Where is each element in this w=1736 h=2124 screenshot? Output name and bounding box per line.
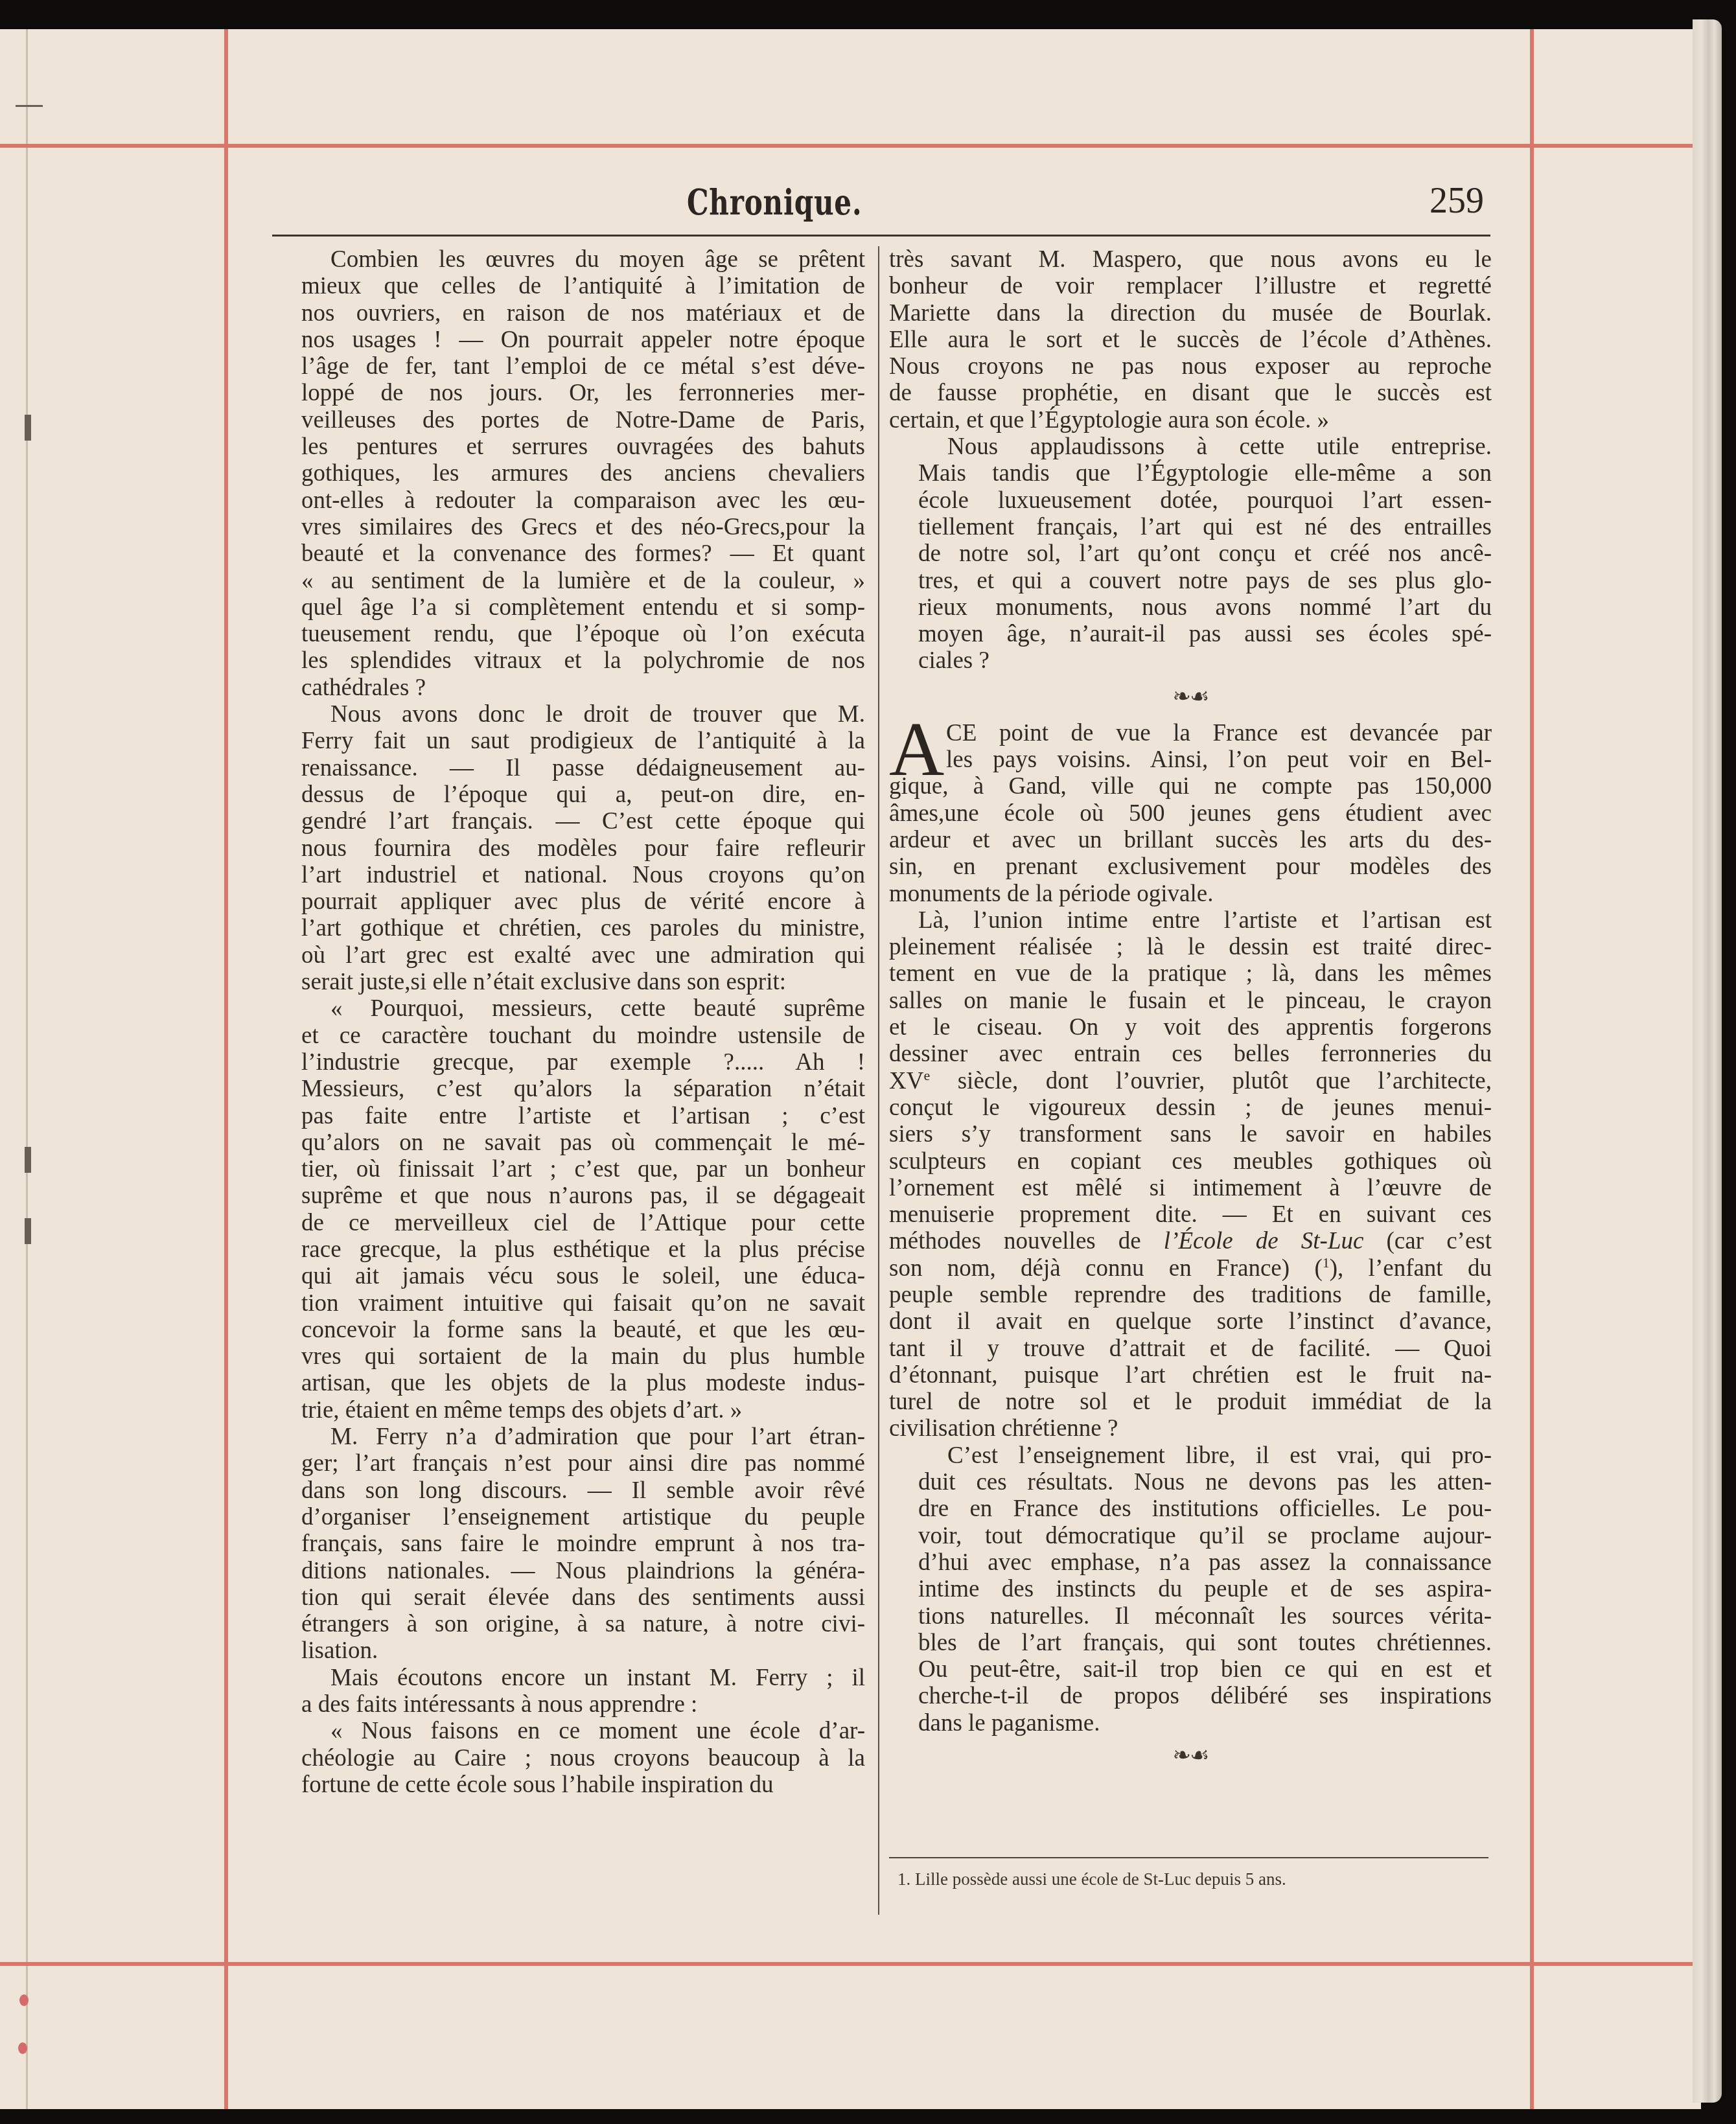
text-line: dessus de l’époque qui a, peut-on dire, … bbox=[272, 781, 865, 808]
left-red-rule bbox=[224, 29, 228, 2109]
text-line: salles on manie le fusain et le pinceau,… bbox=[889, 987, 1492, 1014]
text-line: l’industrie grecque, par exemple ?..... … bbox=[272, 1049, 865, 1076]
text-line: conçut le vigoureux dessin ; de jeunes m… bbox=[889, 1094, 1492, 1121]
text-line: chéologie au Caire ; nous croyons beauco… bbox=[272, 1745, 865, 1772]
text-line: certain, et que l’Égyptologie aura son é… bbox=[889, 407, 1492, 433]
text-line: Mariette dans la direction du musée de B… bbox=[889, 300, 1492, 327]
text-line: d’étonnant, puisque l’art chrétien est l… bbox=[889, 1362, 1492, 1389]
paragraph: C’est l’enseignement libre, il est vrai,… bbox=[889, 1442, 1492, 1737]
text-line: tiellement français, l’art qui est né de… bbox=[889, 514, 1492, 540]
text-line: de notre sol, l’art qu’ont conçu et créé… bbox=[889, 540, 1492, 567]
text-line: M. Ferry n’a d’admiration que pour l’art… bbox=[272, 1424, 865, 1450]
text-line: a des faits intéressants à nous apprendr… bbox=[272, 1691, 865, 1718]
text-line: dont il avait en quelque sorte l’instinc… bbox=[889, 1308, 1492, 1335]
text-line: « Nous faisons en ce moment une école d’… bbox=[272, 1718, 865, 1744]
text-line: ciales ? bbox=[889, 647, 1492, 674]
text-line: Mais tandis que l’Égyptologie elle-même … bbox=[889, 460, 1492, 487]
text-line: de ce merveilleux ciel de l’Attique pour… bbox=[272, 1210, 865, 1236]
text-line: Elle aura le sort et le succès de l’écol… bbox=[889, 327, 1492, 353]
text-line: « Pourquoi, messieurs, cette beauté supr… bbox=[272, 995, 865, 1022]
text-line: ardeur et avec un brillant succès les ar… bbox=[889, 827, 1492, 853]
text-line: Messieurs, c’est qu’alors la séparation … bbox=[272, 1076, 865, 1102]
red-mark bbox=[19, 1994, 29, 2006]
paragraph: Mais écoutons encore un instant M. Ferry… bbox=[272, 1665, 865, 1718]
text-line: menuiserie proprement dite. — Et en suiv… bbox=[889, 1201, 1492, 1228]
text-line: vres qui sortaient de la main du plus hu… bbox=[272, 1343, 865, 1370]
paragraph: très savant M. Maspero, que nous avons e… bbox=[889, 246, 1492, 433]
footnote-text: Lille possède aussi une école de St-Luc … bbox=[915, 1869, 1286, 1889]
page-number: 259 bbox=[1429, 180, 1484, 222]
text-line: loppé de nos jours. Or, les ferronneries… bbox=[272, 380, 865, 406]
text-line: renaissance. — Il passe dédaigneusement … bbox=[272, 755, 865, 781]
text-line: « au sentiment de la lumière et de la co… bbox=[272, 568, 865, 594]
text-line: lisation. bbox=[272, 1637, 865, 1664]
text-line: de fausse prophétie, en disant que le su… bbox=[889, 380, 1492, 406]
text-line: monuments de la période ogivale. bbox=[889, 881, 1492, 907]
text-line: son nom, déjà connu en France) (1), l’en… bbox=[889, 1255, 1492, 1282]
text-line: les splendides vitraux et la polychromie… bbox=[272, 647, 865, 674]
text-line: méthodes nouvelles de l’École de St-Luc … bbox=[889, 1228, 1492, 1254]
text-line: cherche-t-il de propos délibéré ses insp… bbox=[889, 1683, 1492, 1709]
margin-mark bbox=[25, 1147, 31, 1173]
paragraph: « Nous faisons en ce moment une école d’… bbox=[272, 1718, 865, 1798]
text-line: serait juste,si elle n’était exclusive d… bbox=[272, 969, 865, 995]
text-line: moyen âge, n’aurait-il pas aussi ses éco… bbox=[889, 621, 1492, 647]
text-line: artisan, que les objets de la plus modes… bbox=[272, 1370, 865, 1396]
superscript: e bbox=[923, 1067, 930, 1083]
text-line: tement en vue de la pratique ; là, dans … bbox=[889, 960, 1492, 987]
right-column: très savant M. Maspero, que nous avons e… bbox=[889, 246, 1492, 1775]
text-line: civilisation chrétienne ? bbox=[889, 1415, 1492, 1442]
text-line: Nous croyons ne pas nous exposer au repr… bbox=[889, 353, 1492, 380]
text-line: CE point de vue la France est devancée p… bbox=[889, 720, 1492, 746]
dropcap-paragraph: ACE point de vue la France est devancée … bbox=[889, 720, 1492, 907]
right-red-rule bbox=[1530, 29, 1534, 2109]
paragraph: M. Ferry n’a d’admiration que pour l’art… bbox=[272, 1424, 865, 1665]
text-line: où l’art grec est exalté avec une admira… bbox=[272, 942, 865, 969]
spine-fold bbox=[26, 29, 28, 2109]
text-line: ditions nationales. — Nous plaindrions l… bbox=[272, 1558, 865, 1584]
footnote: 1. Lille possède aussi une école de St-L… bbox=[897, 1869, 1286, 1889]
text-line: tions naturelles. Il méconnaît les sourc… bbox=[889, 1603, 1492, 1630]
header-rule bbox=[272, 235, 1490, 237]
text-line: tres, et qui a couvert notre pays de ses… bbox=[889, 568, 1492, 594]
text-line: l’art industriel et national. Nous croyo… bbox=[272, 862, 865, 888]
text-line: l’âge de fer, tant l’emploi de ce métal … bbox=[272, 353, 865, 380]
margin-mark bbox=[25, 415, 31, 441]
paragraph: Nous applaudissons à cette utile entrepr… bbox=[889, 433, 1492, 675]
footnote-rule bbox=[889, 1857, 1488, 1858]
text-line: Mais écoutons encore un instant M. Ferry… bbox=[272, 1665, 865, 1691]
text-line: Ferry fait un saut prodigieux de l’antiq… bbox=[272, 728, 865, 754]
footnote-reference: 1 bbox=[1323, 1254, 1330, 1270]
text-line: beauté et la convenance des formes? — Et… bbox=[272, 540, 865, 567]
text-line: d’hui avec emphase, n’a pas assez la con… bbox=[889, 1549, 1492, 1576]
text-line: qu’alors on ne savait pas où commençait … bbox=[272, 1129, 865, 1156]
text-line: ger; l’art français n’est pour ainsi dir… bbox=[272, 1450, 865, 1477]
text-line: fortune de cette école sous l’habile ins… bbox=[272, 1772, 865, 1798]
text-line: duit ces résultats. Nous ne devons pas l… bbox=[889, 1469, 1492, 1495]
text-line: dre en France des institutions officiell… bbox=[889, 1495, 1492, 1522]
text-line: Là, l’union intime entre l’artiste et l’… bbox=[889, 907, 1492, 934]
text-line: Nous applaudissons à cette utile entrepr… bbox=[889, 433, 1492, 460]
text-line: suprême et que nous n’aurons pas, il se … bbox=[272, 1183, 865, 1209]
text-line: Combien les œuvres du moyen âge se prête… bbox=[272, 246, 865, 273]
margin-mark bbox=[16, 105, 43, 107]
text-line: tueusement rendu, que l’époque où l’on e… bbox=[272, 621, 865, 647]
text-line: Ou peut-être, sait-il trop bien ce qui e… bbox=[889, 1656, 1492, 1683]
text-line: concevoir la forme sans la beauté, et qu… bbox=[272, 1317, 865, 1343]
text-line: dans son long discours. — Il semble avoi… bbox=[272, 1477, 865, 1504]
text-line: dans le paganisme. bbox=[889, 1710, 1492, 1737]
text-line: l’art gothique et chrétien, ces paroles … bbox=[272, 915, 865, 941]
text-line: les pentures et serrures ouvragées des b… bbox=[272, 433, 865, 460]
text-line: dessiner avec entrain ces belles ferronn… bbox=[889, 1041, 1492, 1067]
text-line: école luxueusement dotée, pourquoi l’art… bbox=[889, 487, 1492, 514]
text-line: tion vraiment intuitive qui faisait qu’o… bbox=[272, 1290, 865, 1317]
paragraph: Là, l’union intime entre l’artiste et l’… bbox=[889, 907, 1492, 1442]
text-line: sculpteurs en copiant ces meubles gothiq… bbox=[889, 1148, 1492, 1175]
text-line: tier, où finissait l’art ; c’est que, pa… bbox=[272, 1156, 865, 1183]
running-head: Chronique. 259 bbox=[272, 175, 1490, 233]
text-line: quel âge l’a si complètement entendu et … bbox=[272, 594, 865, 621]
text-line: très savant M. Maspero, que nous avons e… bbox=[889, 246, 1492, 273]
margin-mark bbox=[25, 1218, 31, 1244]
text-line: sin, en prenant exclusivement pour modèl… bbox=[889, 853, 1492, 880]
text-line: pourrait appliquer avec plus de vérité e… bbox=[272, 888, 865, 915]
italic-title: l’École de St-Luc bbox=[1164, 1228, 1364, 1254]
text-line: pleinement réalisée ; là le dessin est t… bbox=[889, 934, 1492, 960]
text-line: rieux monuments, nous avons nommé l’art … bbox=[889, 594, 1492, 621]
text-line: âmes,une école où 500 jeunes gens étudie… bbox=[889, 800, 1492, 827]
paragraph: Nous avons donc le droit de trouver que … bbox=[272, 701, 865, 995]
top-red-rule bbox=[0, 144, 1693, 148]
text-line: nos ouvriers, en raison de nos matériaux… bbox=[272, 300, 865, 327]
fleuron-ornament-icon: ❧☙ bbox=[889, 1737, 1492, 1775]
text-line: race grecque, la plus esthétique et la p… bbox=[272, 1236, 865, 1263]
text-line: d’organiser l’enseignement artistique du… bbox=[272, 1504, 865, 1530]
text-line: trie, étaient en même temps des objets d… bbox=[272, 1397, 865, 1424]
text-line: tion qui serait élevée dans des sentimen… bbox=[272, 1584, 865, 1611]
paragraph: Combien les œuvres du moyen âge se prête… bbox=[272, 246, 865, 701]
paragraph: « Pourquoi, messieurs, cette beauté supr… bbox=[272, 995, 865, 1424]
text-line: étrangers à son origine, à sa nature, à … bbox=[272, 1611, 865, 1637]
text-line: gothiques, les armures des anciens cheva… bbox=[272, 460, 865, 487]
text-line: siers s’y transforment sans le savoir en… bbox=[889, 1121, 1492, 1148]
text-line: et le ciseau. On y voit des apprentis fo… bbox=[889, 1014, 1492, 1041]
text-line: nous fournira des modèles pour faire ref… bbox=[272, 835, 865, 862]
text-line: les pays voisins. Ainsi, l’on peut voir … bbox=[889, 746, 1492, 773]
red-mark bbox=[18, 2042, 27, 2054]
text-line: ont-elles à redouter la comparaison avec… bbox=[272, 487, 865, 514]
text-line: vres similaires des Grecs et des néo-Gre… bbox=[272, 514, 865, 540]
text-line: et ce caractère touchant du moindre uste… bbox=[272, 1022, 865, 1049]
text-line: pas faite entre l’artiste et l’artisan ;… bbox=[272, 1103, 865, 1129]
text-line: nos usages ! — On pourrait appeler notre… bbox=[272, 327, 865, 353]
text-line: veilleuses des portes de Notre-Dame de P… bbox=[272, 407, 865, 433]
text-line: bonheur de voir remplacer l’illustre et … bbox=[889, 273, 1492, 299]
text-line: qui ait jamais vécu sous le soleil, une … bbox=[272, 1263, 865, 1289]
text-line: cathédrales ? bbox=[272, 675, 865, 701]
drop-cap: A bbox=[889, 717, 944, 782]
text-line: C’est l’enseignement libre, il est vrai,… bbox=[889, 1442, 1492, 1469]
text-line: l’ornement est mêlé si intimement à l’œu… bbox=[889, 1175, 1492, 1201]
page-stack-edge bbox=[1693, 19, 1722, 2103]
text-line: intime des instincts du peuple et de ses… bbox=[889, 1576, 1492, 1602]
text-line: voir, tout démocratique qu’il se proclam… bbox=[889, 1523, 1492, 1549]
bottom-red-rule bbox=[0, 1962, 1693, 1966]
text-line: gique, à Gand, ville qui ne compte pas 1… bbox=[889, 773, 1492, 800]
text-line: bles de l’art français, qui sont toutes … bbox=[889, 1630, 1492, 1656]
text-line: gendré l’art français. — C’est cette épo… bbox=[272, 808, 865, 835]
text-line: turel de notre sol et le produit immédia… bbox=[889, 1389, 1492, 1415]
text-line: tant il y trouve d’attrait et de facilit… bbox=[889, 1335, 1492, 1362]
text-line: mieux que celles de l’antiquité à l’imit… bbox=[272, 273, 865, 299]
section-title: Chronique. bbox=[687, 181, 862, 223]
footnote-number: 1. bbox=[897, 1869, 910, 1889]
column-divider bbox=[878, 246, 879, 1915]
text-line: français, sans faire le moindre emprunt … bbox=[272, 1530, 865, 1557]
text-line: Nous avons donc le droit de trouver que … bbox=[272, 701, 865, 728]
fleuron-ornament-icon: ❧☙ bbox=[889, 675, 1492, 720]
text-line: peuple semble reprendre des traditions d… bbox=[889, 1282, 1492, 1308]
left-column: Combien les œuvres du moyen âge se prête… bbox=[272, 246, 865, 1798]
text-line: XVe siècle, dont l’ouvrier, plutôt que l… bbox=[889, 1068, 1492, 1094]
